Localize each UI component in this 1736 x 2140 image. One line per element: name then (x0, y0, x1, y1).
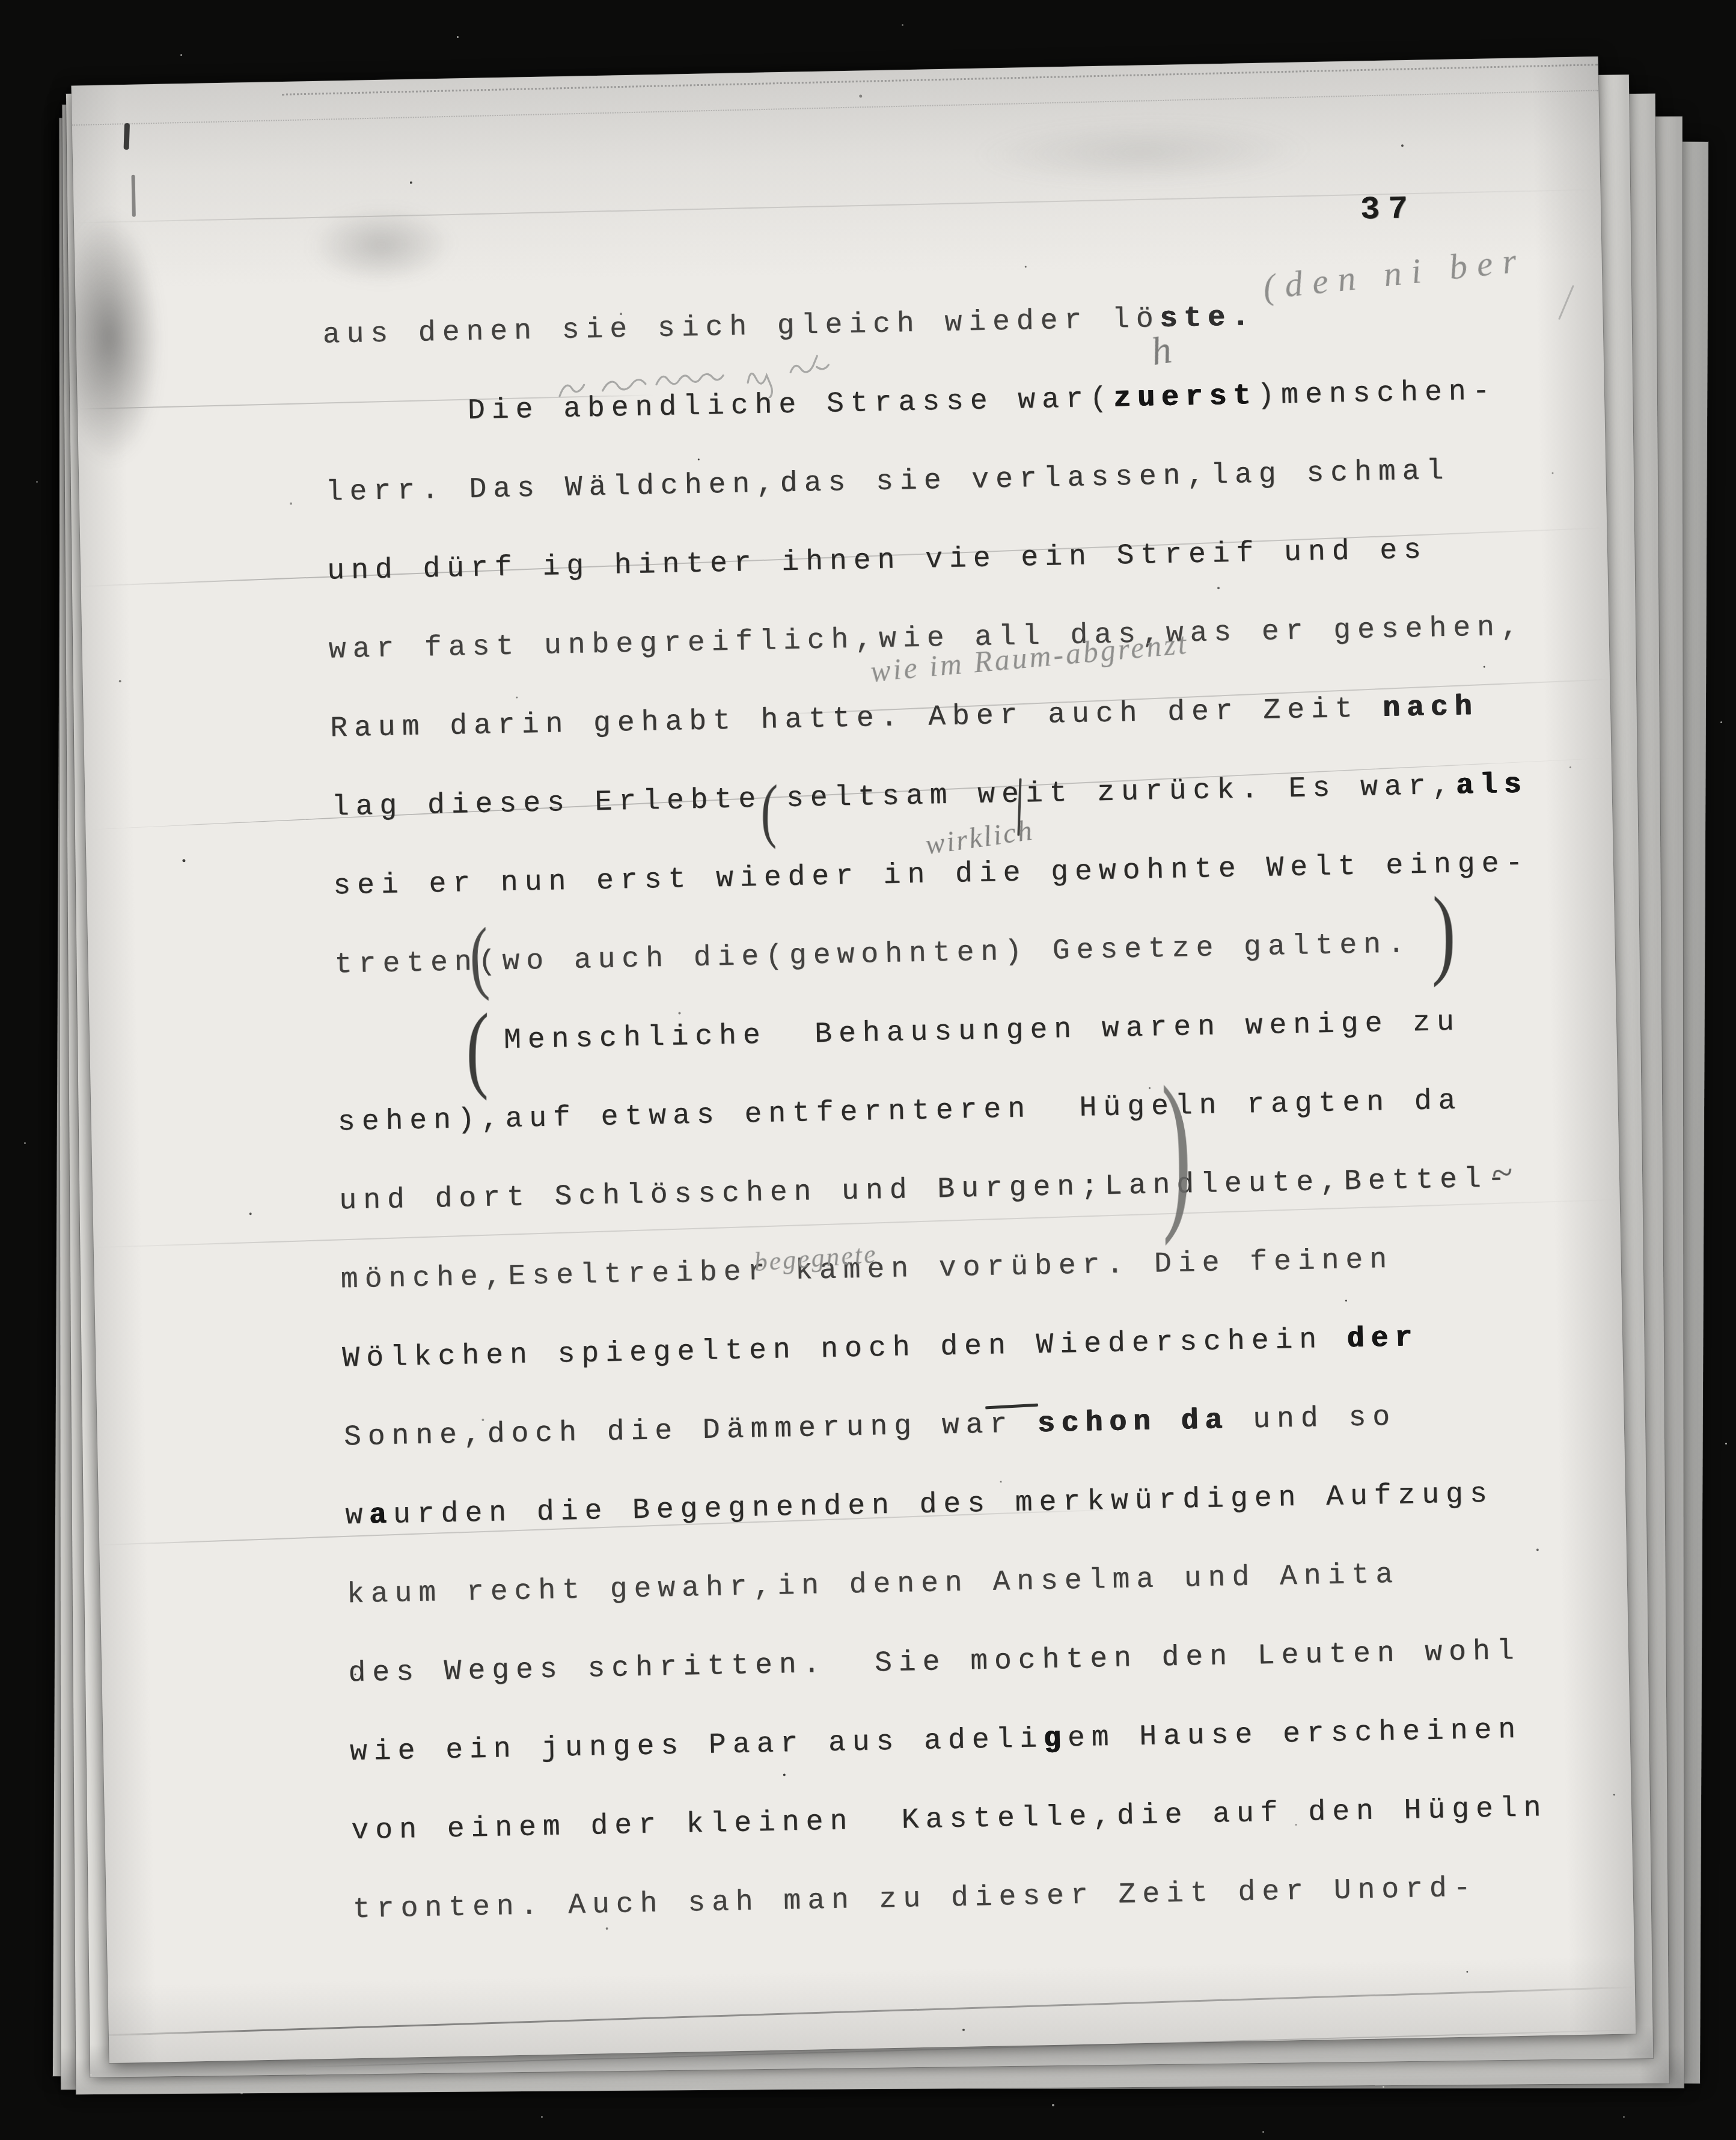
dust-speck (1569, 766, 1571, 768)
dust-speck (1000, 1481, 1001, 1482)
ink-blot (132, 175, 136, 217)
dust-speck (1401, 144, 1404, 147)
dust-speck (1720, 721, 1722, 723)
dust-speck (182, 859, 185, 862)
dust-speck (516, 697, 518, 699)
paper-crease (109, 1986, 1635, 2036)
handdrawn-tilde-mark: ~ (1490, 1153, 1514, 1193)
dust-speck (1725, 1443, 1727, 1444)
sheet-edge-line (72, 90, 1598, 126)
dust-speck (1613, 1794, 1615, 1796)
page-number: 37 (1360, 191, 1416, 229)
dust-speck (457, 36, 459, 38)
handdrawn-open-paren: ( (466, 998, 489, 1096)
dust-speck (698, 459, 700, 460)
dust-speck (240, 2092, 243, 2094)
dust-speck (481, 1419, 484, 1421)
dust-speck (783, 1773, 786, 1776)
sheet-edge-line (282, 64, 1598, 96)
dust-speck (410, 182, 412, 184)
typescript-text: aus denen sie sich gleich wieder löste. … (322, 272, 1627, 1949)
dust-speck (1262, 2131, 1264, 2133)
dust-speck (606, 1927, 608, 1930)
dust-speck (541, 2116, 543, 2118)
scan-background: { "document": { "page_number": "37", "ty… (0, 0, 1736, 2140)
dust-speck (1025, 266, 1027, 267)
dust-speck (1484, 666, 1485, 668)
manuscript-page: 37 aus denen sie sich gleich wieder löst… (72, 57, 1636, 2063)
handdrawn-open-paren: ( (468, 916, 490, 998)
dust-speck (24, 1142, 26, 1144)
handdrawn-close-paren: ) (1432, 882, 1456, 983)
dust-speck (354, 1674, 356, 1675)
scan-smudge (974, 116, 1312, 189)
dust-speck (1345, 1300, 1347, 1301)
dust-speck (249, 1212, 252, 1215)
ink-blot (124, 123, 130, 150)
dust-speck (1052, 2104, 1054, 2106)
dust-speck (1623, 2116, 1625, 2118)
dust-speck (902, 24, 903, 26)
dust-speck (859, 94, 862, 97)
dust-speck (1536, 1548, 1539, 1551)
handdrawn-close-paren: ) (1161, 1059, 1192, 1237)
dust-speck (1217, 587, 1220, 589)
dust-speck (678, 1012, 680, 1015)
dust-speck (1149, 1087, 1151, 1089)
dust-speck (962, 2029, 965, 2031)
dust-speck (180, 54, 182, 56)
dust-speck (290, 503, 292, 505)
dust-speck (36, 481, 38, 483)
handdrawn-open-paren: ( (760, 774, 778, 846)
dust-speck (1466, 1971, 1468, 1973)
dust-speck (119, 680, 121, 682)
dust-speck (1551, 472, 1553, 474)
dust-speck (90, 2074, 92, 2076)
dust-speck (1383, 2086, 1384, 2088)
dust-speck (1295, 1824, 1297, 1826)
